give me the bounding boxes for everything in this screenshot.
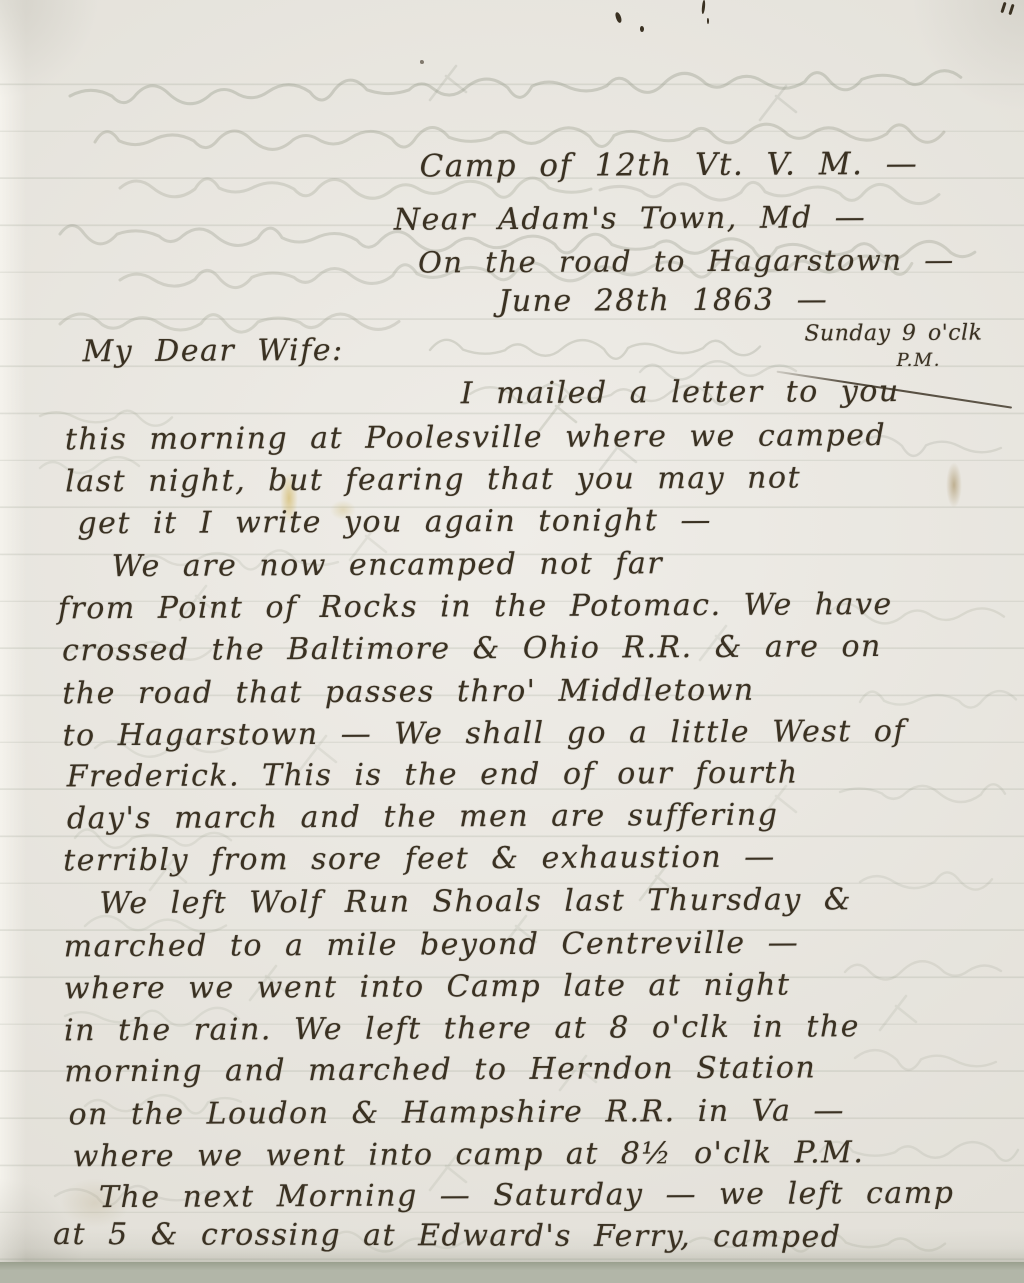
letter-line-2: last night, but fearing that you may not bbox=[65, 460, 801, 499]
letter-line-14: where we went into Camp late at night bbox=[64, 968, 791, 1007]
heading-camp: Camp of 12th Vt. V. M. — bbox=[419, 146, 918, 185]
letter-line-11: terribly from sore feet & exhaustion — bbox=[63, 840, 776, 879]
salutation: My Dear Wife: bbox=[82, 333, 343, 369]
letter-line-6: crossed the Baltimore & Ohio R.R. & are … bbox=[62, 629, 882, 668]
letter-line-10: day's march and the men are suffering bbox=[67, 798, 779, 837]
heading-time: Sunday 9 o'clk bbox=[804, 321, 982, 347]
letter-line-20: at 5 & crossing at Edward's Ferry, campe… bbox=[53, 1217, 841, 1255]
letter-line-0: I mailed a letter to you bbox=[461, 374, 900, 411]
heading-meridiem: P.M. bbox=[897, 350, 941, 371]
letter-line-7: the road that passes thro' Middletown bbox=[62, 673, 755, 712]
letter-line-13: marched to a mile beyond Centreville — bbox=[64, 926, 800, 965]
heading-road: On the road to Hagarstown — bbox=[418, 243, 955, 280]
letter-line-1: this morning at Poolesville where we cam… bbox=[65, 418, 886, 457]
letter-line-16: morning and marched to Herndon Station bbox=[64, 1050, 816, 1089]
letter-line-5: from Point of Rocks in the Potomac. We h… bbox=[58, 587, 893, 626]
heading-place: Near Adam's Town, Md — bbox=[394, 200, 867, 237]
letter-line-15: in the rain. We left there at 8 o'clk in… bbox=[64, 1009, 860, 1048]
page-bottom-edge bbox=[0, 1262, 1024, 1283]
letter-line-12: We left Wolf Run Shoals last Thursday & bbox=[99, 882, 852, 921]
letter-line-3: get it I write you again tonight — bbox=[77, 503, 712, 541]
handwriting-layer: Camp of 12th Vt. V. M. — Near Adam's Tow… bbox=[0, 0, 1024, 1265]
letter-line-19: The next Morning — Saturday — we left ca… bbox=[99, 1176, 955, 1215]
letter-page: Camp of 12th Vt. V. M. — Near Adam's Tow… bbox=[0, 0, 1024, 1262]
heading-date: June 28th 1863 — bbox=[498, 282, 828, 319]
letter-line-17: on the Loudon & Hampshire R.R. in Va — bbox=[68, 1093, 845, 1132]
letter-line-4: We are now encamped not far bbox=[112, 546, 664, 584]
letter-line-18: where we went into camp at 8½ o'clk P.M. bbox=[73, 1135, 865, 1174]
letter-line-8: to Hagarstown — We shall go a little Wes… bbox=[62, 714, 906, 753]
letter-line-9: Frederick. This is the end of our fourth bbox=[67, 756, 799, 795]
